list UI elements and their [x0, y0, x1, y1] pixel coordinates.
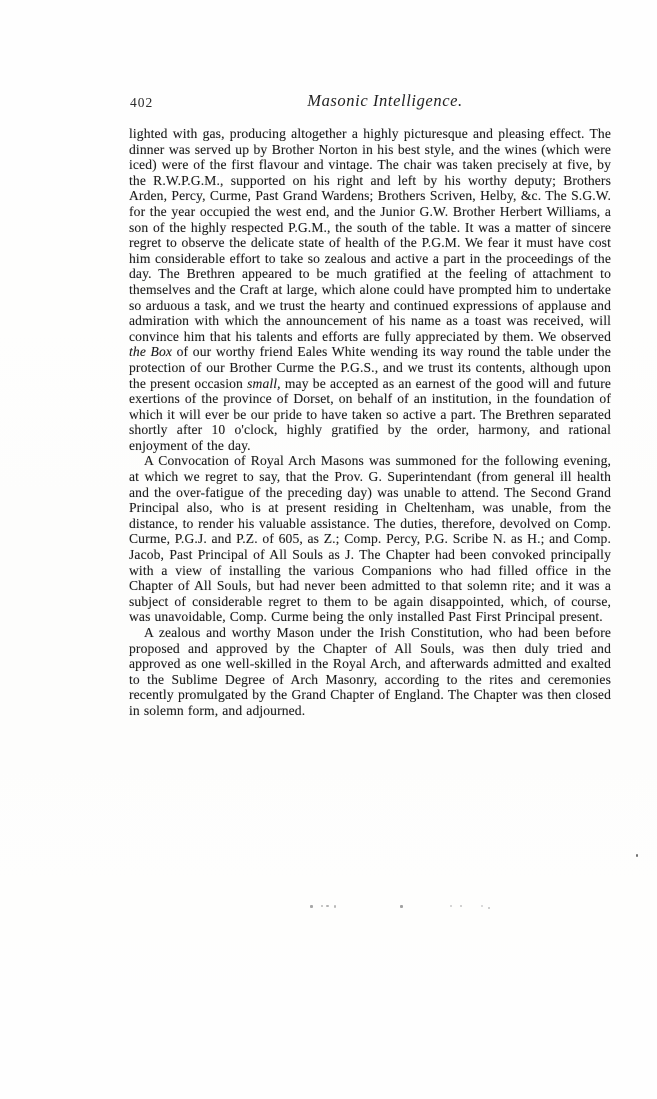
page-number: 402 [130, 95, 153, 111]
paragraph-text: lighted with gas, producing altogether a… [129, 126, 611, 344]
scan-artifact-speck-row [0, 903, 657, 909]
italic-phrase-the-box: the Box [129, 344, 172, 359]
scan-speck [460, 905, 462, 907]
scan-speck [326, 905, 329, 907]
paragraph-lodge-dinner: lighted with gas, producing altogether a… [129, 126, 611, 453]
article-text-block: lighted with gas, producing altogether a… [129, 126, 611, 719]
scan-speck [488, 907, 490, 909]
page-title: Masonic Intelligence. [307, 91, 463, 111]
paragraph-royal-arch-convocation: A Convocation of Royal Arch Masons was s… [129, 453, 611, 625]
running-header: 402 Masonic Intelligence. [130, 91, 611, 113]
paragraph-irish-constitution-mason: A zealous and worthy Mason under the Iri… [129, 625, 611, 719]
scan-artifact-dot [636, 854, 638, 857]
scan-speck [481, 905, 483, 907]
scan-speck [321, 905, 323, 907]
scan-speck [334, 905, 336, 908]
scanned-book-page: 402 Masonic Intelligence. lighted with g… [0, 0, 657, 1099]
scan-speck [310, 905, 313, 908]
scan-speck [400, 905, 403, 908]
scan-speck [450, 905, 452, 907]
italic-phrase-small: small [247, 376, 277, 391]
